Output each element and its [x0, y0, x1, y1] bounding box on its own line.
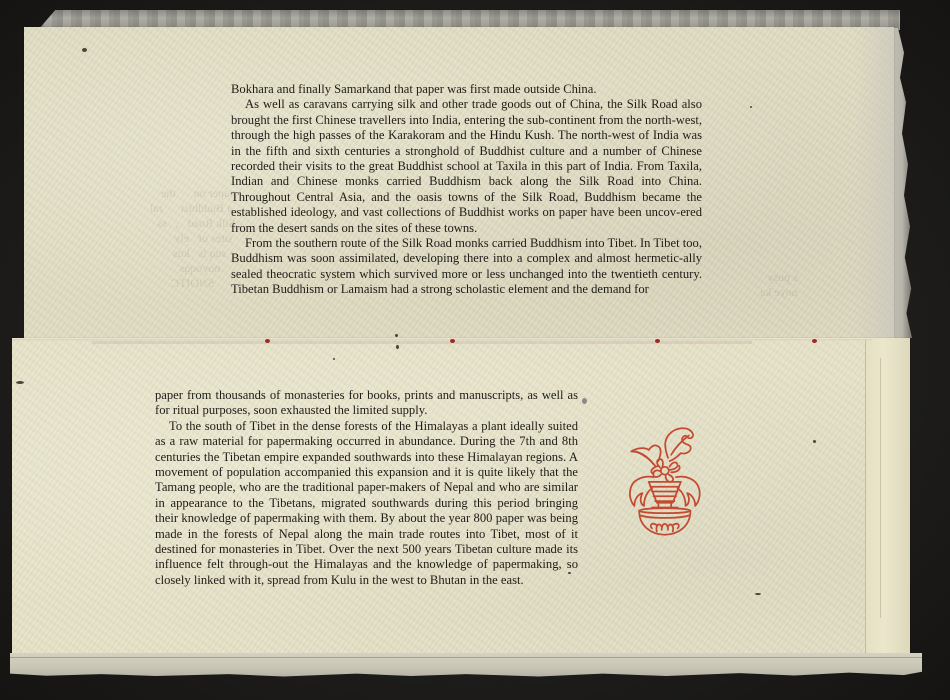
paragraph: To the south of Tibet in the dense fores… — [155, 419, 578, 588]
paper-speck — [755, 593, 761, 595]
show-through-text: paper on the a Buddhist ral Silk Road , … — [150, 186, 235, 291]
top-page-text: Bokhara and finally Samarkand that paper… — [231, 82, 702, 298]
paper-speck — [333, 358, 335, 360]
red-stitch-mark — [655, 339, 660, 343]
potted-flower-vase-icon — [612, 412, 716, 547]
paper-speck — [82, 48, 87, 52]
paragraph: From the southern route of the Silk Road… — [231, 236, 702, 298]
paper-speck — [813, 440, 816, 443]
paper-speck — [16, 381, 24, 384]
paragraph: As well as caravans carrying silk and ot… — [231, 97, 702, 236]
red-stitch-mark — [450, 339, 455, 343]
paper-speck — [395, 334, 398, 337]
page-fold-line — [12, 338, 872, 341]
bottom-page-folded-flap — [865, 338, 910, 656]
paragraph: paper from thousands of monasteries for … — [155, 388, 578, 419]
bottom-deckle-edge — [10, 653, 922, 677]
red-stitch-mark — [265, 339, 270, 343]
bottom-page-text: paper from thousands of monasteries for … — [155, 388, 578, 588]
paper-speck — [750, 106, 752, 108]
paragraph: Bokhara and finally Samarkand that paper… — [231, 82, 702, 97]
paper-speck — [396, 345, 399, 349]
red-stitch-mark — [812, 339, 817, 343]
paper-speck — [582, 398, 587, 404]
top-page-edge-shadow — [854, 27, 894, 339]
show-through-text-right: s pusy noye ka — [760, 270, 798, 300]
